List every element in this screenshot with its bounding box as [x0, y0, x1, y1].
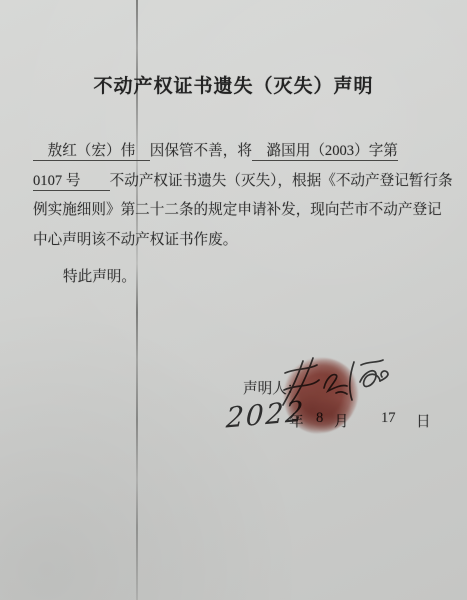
body-text-segment: 因保管不善，将 — [150, 143, 252, 159]
body-line: 例实施细则》第二十二条的规定申请补发，现向芒市不动产登记 — [33, 196, 457, 226]
body-text-segment: 中心声明该不动产权证书作废。 — [33, 232, 237, 248]
body-text-underlined-segment: 敖红（宏）伟 — [33, 143, 150, 161]
document-body: 敖红（宏）伟 因保管不善，将 潞国用（2003）字第0107 号 不动产权证书遗… — [33, 137, 457, 255]
document-title: 不动产权证书遗失（灭失）声明 — [0, 71, 467, 98]
body-line: 中心声明该不动产权证书作废。 — [33, 226, 457, 256]
closing-statement: 特此声明。 — [63, 265, 136, 286]
body-text-segment: 不动产权证书遗失（灭失），根据《不动产登记暂行条 — [110, 173, 453, 189]
document-page: 不动产权证书遗失（灭失）声明 敖红（宏）伟 因保管不善，将 潞国用（2003）字… — [0, 0, 467, 600]
body-text-underlined-segment: 0107 号 — [33, 173, 110, 191]
body-line: 敖红（宏）伟 因保管不善，将 潞国用（2003）字第 — [33, 137, 457, 167]
day-label: 日 — [416, 410, 431, 431]
body-line: 0107 号 不动产权证书遗失（灭失），根据《不动产登记暂行条 — [33, 167, 457, 197]
body-text-segment: 例实施细则》第二十二条的规定申请补发，现向芒市不动产登记 — [33, 202, 442, 218]
body-text-underlined-segment: 潞国用（2003）字第 — [252, 143, 398, 161]
